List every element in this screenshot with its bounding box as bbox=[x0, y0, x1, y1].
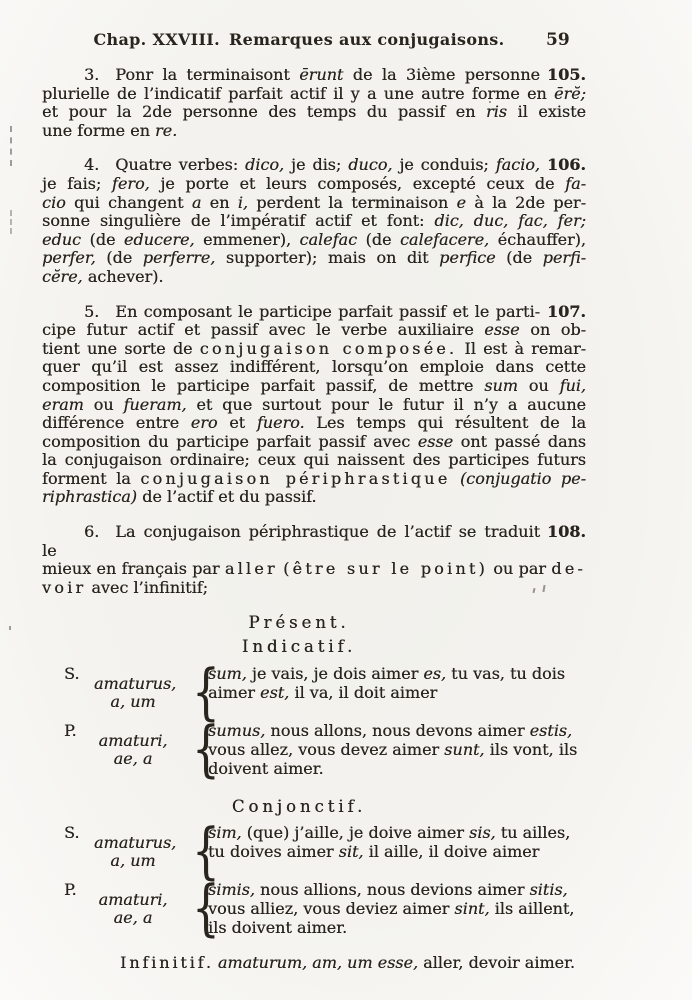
text-line: je fais; fero, je porte et leurs composé… bbox=[42, 175, 586, 194]
text-line: quer qu’il est assez indifférent, lorsqu… bbox=[42, 358, 586, 377]
text-line: mieux en français par aller (être sur le… bbox=[42, 560, 586, 579]
verb-forms: simis, nous allions, nous devions aimer … bbox=[205, 880, 586, 937]
margin-section-number: 107. bbox=[547, 303, 586, 322]
paragraph-3: 105. 3. Ponr la terminaisont ērunt de la… bbox=[42, 66, 586, 140]
infinitive-gloss: aller, devoir aimer. bbox=[418, 953, 575, 972]
paragraph-text: 3. Ponr la terminaisont ērunt de la 3ièm… bbox=[42, 66, 586, 140]
chapter-title: Remarques aux conjugaisons. bbox=[229, 30, 505, 49]
brace-glyph: { bbox=[192, 880, 203, 938]
paragraph-text: 5. En composant le participe parfait pas… bbox=[42, 303, 586, 508]
paragraph-4: 106. 4. Quatre verbes: dico, je dis; duc… bbox=[42, 156, 586, 286]
form-line: simis, nous allions, nous devions aimer bbox=[208, 880, 524, 899]
form-line: sumus, nous allons, nous devons aimer bbox=[208, 721, 524, 740]
person-label: S. bbox=[64, 823, 94, 880]
infinitive-latin: amaturum, am, um esse, bbox=[218, 953, 418, 972]
text-line: tient une sorte de conjugaison composée.… bbox=[42, 340, 586, 359]
participle-stem: amaturus, a, um bbox=[94, 823, 172, 880]
text-line: cipe futur actif et passif avec le verbe… bbox=[42, 321, 586, 340]
paradigm-indicative: S. amaturus, a, um { sum, je vais, je do… bbox=[42, 664, 586, 778]
text-line: voir avec l’infinitif; bbox=[42, 579, 586, 598]
heading-subjunctive: Conjonctif. bbox=[42, 797, 586, 817]
stem-line-1: amaturus, bbox=[94, 675, 172, 693]
text-line: et pour la 2de personne des temps du pas… bbox=[42, 103, 586, 122]
verb-forms: sim, (que) j’aille, je doive aimer sis, … bbox=[205, 823, 586, 880]
stem-line-2: ae, a bbox=[94, 909, 172, 927]
text-line: composition le participe parfait passif,… bbox=[42, 377, 586, 396]
person-label: S. bbox=[64, 664, 94, 721]
scan-artifact bbox=[577, 305, 579, 307]
verb-forms: sum, je vais, je dois aimer es, tu vas, … bbox=[205, 664, 586, 721]
scan-artifact bbox=[9, 626, 11, 630]
verb-forms: sumus, nous allons, nous devons aimer es… bbox=[205, 721, 586, 778]
brace-glyph: { bbox=[192, 721, 203, 779]
stem-line-1: amaturi, bbox=[94, 732, 172, 750]
margin-section-number: 108. bbox=[547, 523, 586, 542]
text-line: sonne singulière de l’impératif actif et… bbox=[42, 212, 586, 231]
form-line: sit, il aille, il doive aimer bbox=[339, 842, 540, 861]
paradigm-row-plural: P. amaturi, ae, a { simis, nous allions,… bbox=[42, 880, 586, 937]
text-line: une forme en re. bbox=[42, 122, 586, 141]
participle-stem: amaturi, ae, a bbox=[94, 721, 172, 778]
paradigm-subjunctive: S. amaturus, a, um { sim, (que) j’aille,… bbox=[42, 823, 586, 937]
scan-artifact bbox=[10, 210, 12, 234]
text-column: Chap. XXVIII.Remarques aux conjugaisons.… bbox=[42, 30, 586, 973]
chapter-heading: Chap. XXVIII.Remarques aux conjugaisons. bbox=[42, 30, 586, 49]
stem-line-2: a, um bbox=[94, 852, 172, 870]
text-line: forment la conjugaison périphrastique (c… bbox=[42, 470, 586, 489]
chapter-label: Chap. XXVIII. bbox=[93, 30, 220, 49]
text-line: 4. Quatre verbes: dico, je dis; duco, je… bbox=[42, 156, 586, 175]
text-line: 5. En composant le participe parfait pas… bbox=[42, 303, 586, 322]
text-line: composition du participe parfait passif … bbox=[42, 433, 586, 452]
text-line: 3. Ponr la terminaisont ērunt de la 3ièm… bbox=[42, 66, 586, 85]
paragraph-6: 108. 6. La conjugaison périphrastique de… bbox=[42, 523, 586, 597]
paragraph-5: 107. 5. En composant le participe parfai… bbox=[42, 303, 586, 508]
text-line: educ (de educere, emmener), calefac (de … bbox=[42, 231, 586, 250]
paragraph-text: 4. Quatre verbes: dico, je dis; duco, je… bbox=[42, 156, 586, 286]
text-line: la conjugaison ordinaire; ceux qui naiss… bbox=[42, 451, 586, 470]
text-line: eram ou fueram, et que surtout pour le f… bbox=[42, 396, 586, 415]
text-line: différence entre ero et fuero. Les temps… bbox=[42, 414, 586, 433]
participle-stem: amaturi, ae, a bbox=[94, 880, 172, 937]
page-number: 59 bbox=[546, 30, 570, 50]
paradigm-row-plural: P. amaturi, ae, a { sumus, nous allons, … bbox=[42, 721, 586, 778]
form-line: est, il va, il doit aimer bbox=[260, 683, 437, 702]
scan-artifact bbox=[489, 101, 491, 103]
infinitive-label: Infinitif. bbox=[120, 953, 214, 972]
infinitive-line: Infinitif.amaturum, am, um esse, aller, … bbox=[120, 953, 586, 973]
paradigm-row-singular: S. amaturus, a, um { sim, (que) j’aille,… bbox=[42, 823, 586, 880]
scan-artifact bbox=[10, 126, 12, 166]
text-line: plurielle de l’indicatif parfait actif i… bbox=[42, 85, 586, 104]
form-line: sim, (que) j’aille, je doive aimer bbox=[208, 823, 464, 842]
scanned-book-page: Chap. XXVIII.Remarques aux conjugaisons.… bbox=[0, 0, 692, 1000]
stem-line-2: a, um bbox=[94, 693, 172, 711]
person-label: P. bbox=[64, 880, 94, 937]
margin-section-number: 106. bbox=[547, 156, 586, 175]
running-header: Chap. XXVIII.Remarques aux conjugaisons.… bbox=[42, 30, 586, 54]
stem-line-1: amaturus, bbox=[94, 834, 172, 852]
text-line: perfer, (de perferre, supporter); mais o… bbox=[42, 249, 586, 268]
text-line: 6. La conjugaison périphrastique de l’ac… bbox=[42, 523, 586, 560]
person-label: P. bbox=[64, 721, 94, 778]
stem-line-2: ae, a bbox=[94, 750, 172, 768]
text-line: riphrastica) de l’actif et du passif. bbox=[42, 488, 586, 507]
text-line: cĕre, achever). bbox=[42, 268, 586, 287]
heading-present: Présent. bbox=[42, 613, 586, 633]
form-line: sum, je vais, je dois aimer bbox=[208, 664, 418, 683]
paragraph-text: 6. La conjugaison périphrastique de l’ac… bbox=[42, 523, 586, 597]
stem-line-1: amaturi, bbox=[94, 891, 172, 909]
heading-indicative: Indicatif. bbox=[42, 637, 586, 657]
participle-stem: amaturus, a, um bbox=[94, 664, 172, 721]
margin-section-number: 105. bbox=[547, 66, 586, 85]
text-line: cio qui changent a en i, perdent la term… bbox=[42, 194, 586, 213]
paradigm-row-singular: S. amaturus, a, um { sum, je vais, je do… bbox=[42, 664, 586, 721]
